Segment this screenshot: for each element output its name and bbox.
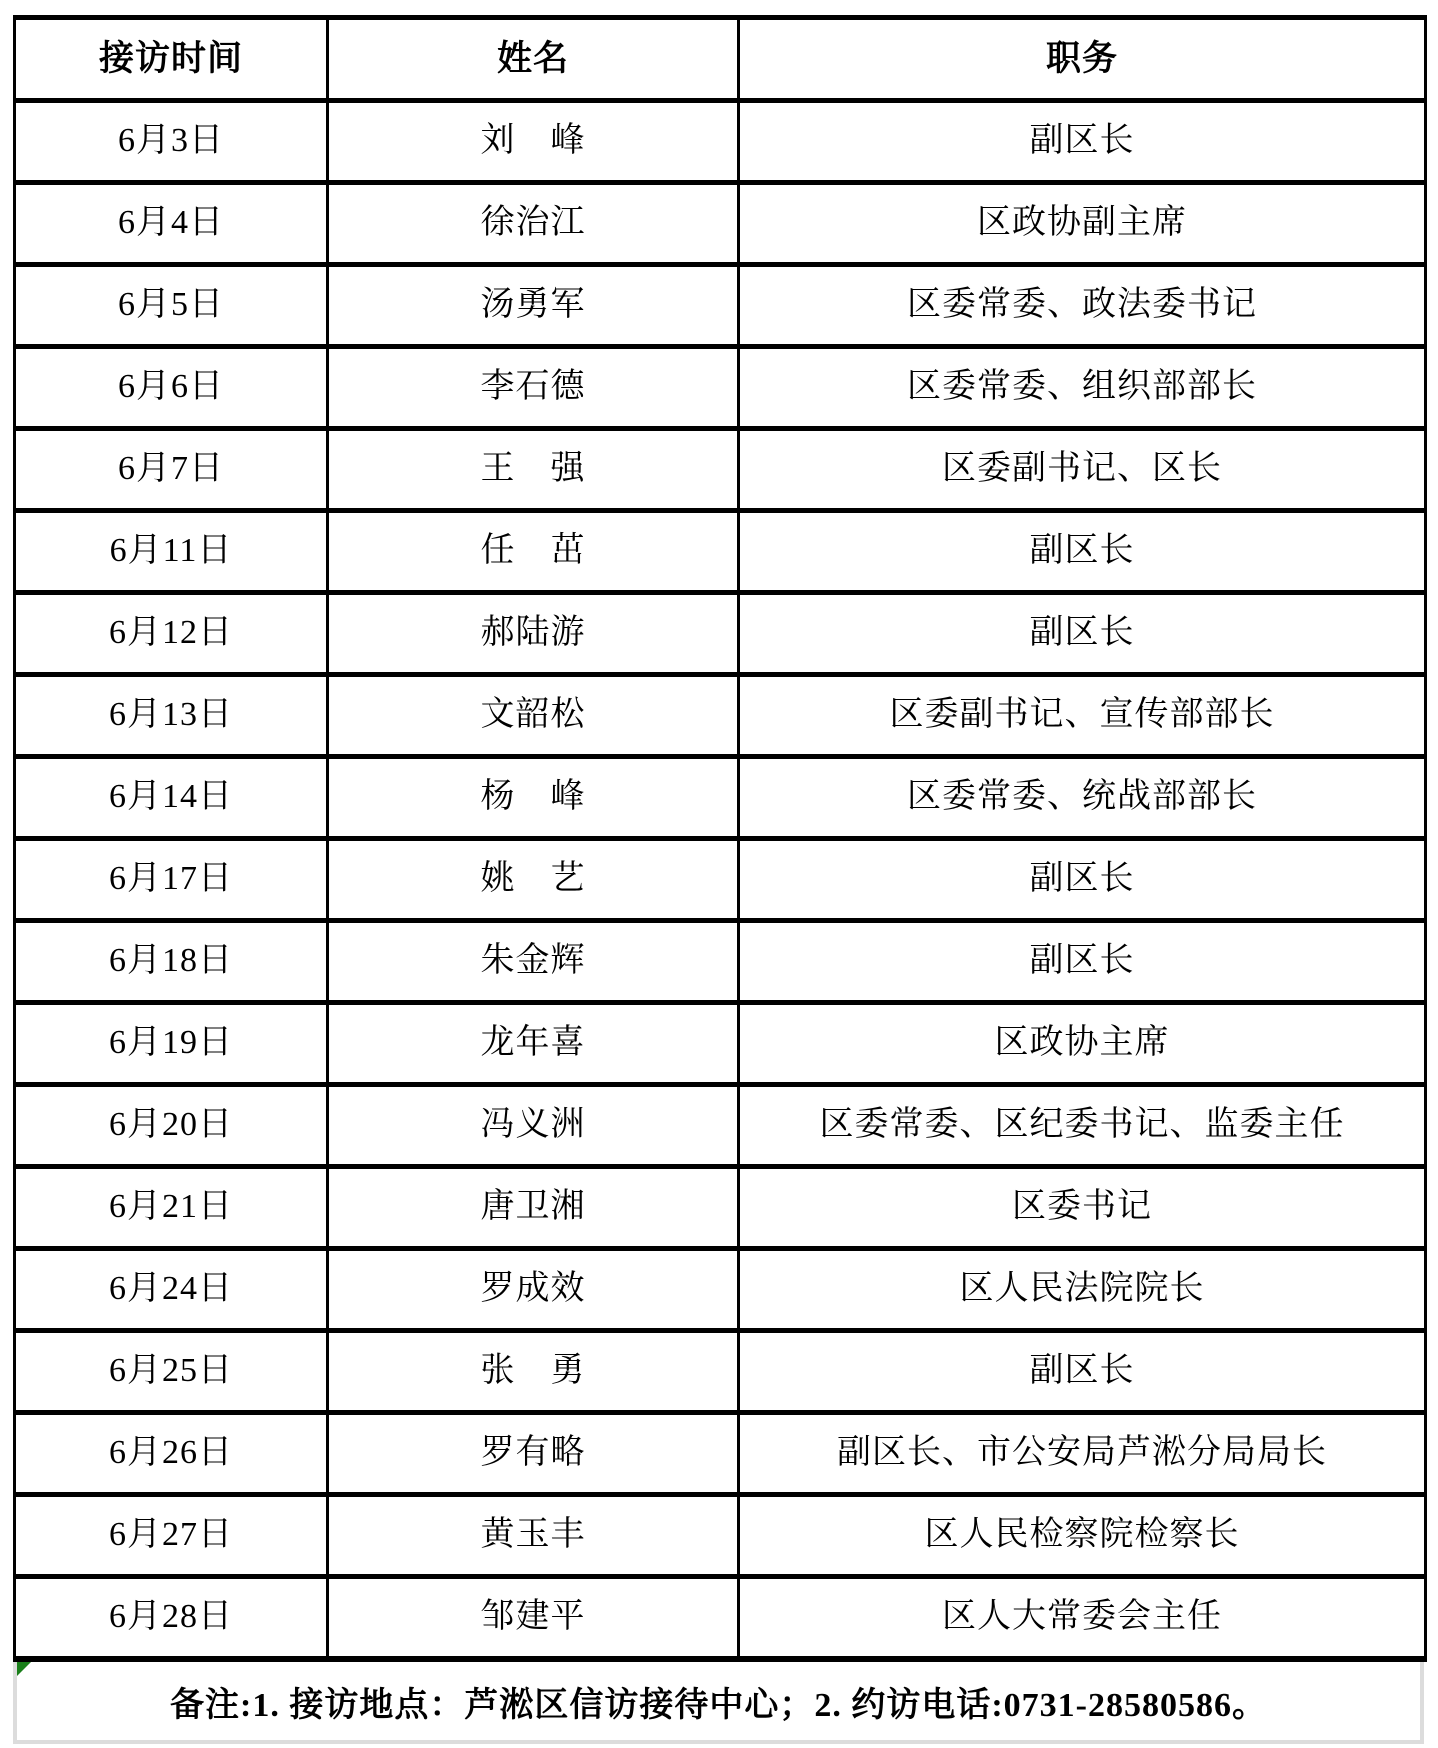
position-cell: 副区长: [739, 101, 1426, 183]
name-cell: 罗有略: [328, 1413, 739, 1495]
cell-flag-triangle: [17, 1662, 31, 1676]
position-cell: 副区长: [739, 921, 1426, 1003]
visit-schedule-sheet: 接访时间 姓名 职务 6月3日刘 峰副区长6月4日徐治江区政协副主席6月5日汤勇…: [13, 15, 1424, 1744]
visit-date-cell: 6月13日: [15, 675, 328, 757]
position-cell: 副区长: [739, 839, 1426, 921]
table-row: 6月17日姚 艺副区长: [15, 839, 1426, 921]
header-row: 接访时间 姓名 职务: [15, 18, 1426, 101]
header-name: 姓名: [328, 18, 739, 101]
name-cell: 郝陆游: [328, 593, 739, 675]
visit-date-cell: 6月25日: [15, 1331, 328, 1413]
position-cell: 区委常委、区纪委书记、监委主任: [739, 1085, 1426, 1167]
name-cell: 张 勇: [328, 1331, 739, 1413]
name-cell: 李石德: [328, 347, 739, 429]
visit-date-cell: 6月24日: [15, 1249, 328, 1331]
table-row: 6月25日张 勇副区长: [15, 1331, 1426, 1413]
note-text: 备注:1. 接访地点：芦淞区信访接待中心；2. 约访电话:0731-285805…: [170, 1677, 1267, 1726]
table-row: 6月26日罗有略副区长、市公安局芦淞分局局长: [15, 1413, 1426, 1495]
name-cell: 唐卫湘: [328, 1167, 739, 1249]
name-cell: 朱金辉: [328, 921, 739, 1003]
table-row: 6月18日朱金辉副区长: [15, 921, 1426, 1003]
visit-date-cell: 6月20日: [15, 1085, 328, 1167]
name-cell: 罗成效: [328, 1249, 739, 1331]
table-row: 6月5日汤勇军区委常委、政法委书记: [15, 265, 1426, 347]
position-cell: 区委书记: [739, 1167, 1426, 1249]
table-row: 6月12日郝陆游副区长: [15, 593, 1426, 675]
name-cell: 王 强: [328, 429, 739, 511]
position-cell: 区人大常委会主任: [739, 1577, 1426, 1660]
position-cell: 副区长、市公安局芦淞分局局长: [739, 1413, 1426, 1495]
table-row: 6月3日刘 峰副区长: [15, 101, 1426, 183]
name-cell: 邹建平: [328, 1577, 739, 1660]
table-row: 6月7日王 强区委副书记、区长: [15, 429, 1426, 511]
visit-date-cell: 6月14日: [15, 757, 328, 839]
visit-schedule-table: 接访时间 姓名 职务 6月3日刘 峰副区长6月4日徐治江区政协副主席6月5日汤勇…: [13, 15, 1427, 1662]
position-cell: 副区长: [739, 511, 1426, 593]
visit-date-cell: 6月17日: [15, 839, 328, 921]
header-position: 职务: [739, 18, 1426, 101]
name-cell: 文韶松: [328, 675, 739, 757]
visit-date-cell: 6月26日: [15, 1413, 328, 1495]
visit-date-cell: 6月3日: [15, 101, 328, 183]
name-cell: 冯义洲: [328, 1085, 739, 1167]
position-cell: 区委副书记、区长: [739, 429, 1426, 511]
position-cell: 区委常委、政法委书记: [739, 265, 1426, 347]
name-cell: 徐治江: [328, 183, 739, 265]
table-row: 6月19日龙年喜区政协主席: [15, 1003, 1426, 1085]
note-row: 备注:1. 接访地点：芦淞区信访接待中心；2. 约访电话:0731-285805…: [13, 1662, 1424, 1744]
table-row: 6月6日李石德区委常委、组织部部长: [15, 347, 1426, 429]
visit-date-cell: 6月27日: [15, 1495, 328, 1577]
table-row: 6月21日唐卫湘区委书记: [15, 1167, 1426, 1249]
visit-date-cell: 6月18日: [15, 921, 328, 1003]
table-row: 6月24日罗成效区人民法院院长: [15, 1249, 1426, 1331]
visit-date-cell: 6月19日: [15, 1003, 328, 1085]
position-cell: 区政协副主席: [739, 183, 1426, 265]
table-row: 6月27日黄玉丰区人民检察院检察长: [15, 1495, 1426, 1577]
table-row: 6月14日杨 峰区委常委、统战部部长: [15, 757, 1426, 839]
visit-date-cell: 6月7日: [15, 429, 328, 511]
table-row: 6月11日任 茁副区长: [15, 511, 1426, 593]
position-cell: 副区长: [739, 1331, 1426, 1413]
name-cell: 龙年喜: [328, 1003, 739, 1085]
position-cell: 区政协主席: [739, 1003, 1426, 1085]
position-cell: 区委副书记、宣传部部长: [739, 675, 1426, 757]
cell-flag-icon: [17, 1662, 31, 1676]
visit-date-cell: 6月21日: [15, 1167, 328, 1249]
position-cell: 区委常委、组织部部长: [739, 347, 1426, 429]
position-cell: 区委常委、统战部部长: [739, 757, 1426, 839]
name-cell: 黄玉丰: [328, 1495, 739, 1577]
name-cell: 任 茁: [328, 511, 739, 593]
position-cell: 区人民检察院检察长: [739, 1495, 1426, 1577]
position-cell: 副区长: [739, 593, 1426, 675]
visit-date-cell: 6月12日: [15, 593, 328, 675]
header-visit-time: 接访时间: [15, 18, 328, 101]
table-row: 6月13日文韶松区委副书记、宣传部部长: [15, 675, 1426, 757]
table-row: 6月4日徐治江区政协副主席: [15, 183, 1426, 265]
table-row: 6月28日邹建平区人大常委会主任: [15, 1577, 1426, 1660]
table-row: 6月20日冯义洲区委常委、区纪委书记、监委主任: [15, 1085, 1426, 1167]
name-cell: 杨 峰: [328, 757, 739, 839]
name-cell: 汤勇军: [328, 265, 739, 347]
position-cell: 区人民法院院长: [739, 1249, 1426, 1331]
visit-date-cell: 6月11日: [15, 511, 328, 593]
visit-date-cell: 6月4日: [15, 183, 328, 265]
name-cell: 姚 艺: [328, 839, 739, 921]
name-cell: 刘 峰: [328, 101, 739, 183]
visit-date-cell: 6月28日: [15, 1577, 328, 1660]
visit-date-cell: 6月6日: [15, 347, 328, 429]
visit-date-cell: 6月5日: [15, 265, 328, 347]
